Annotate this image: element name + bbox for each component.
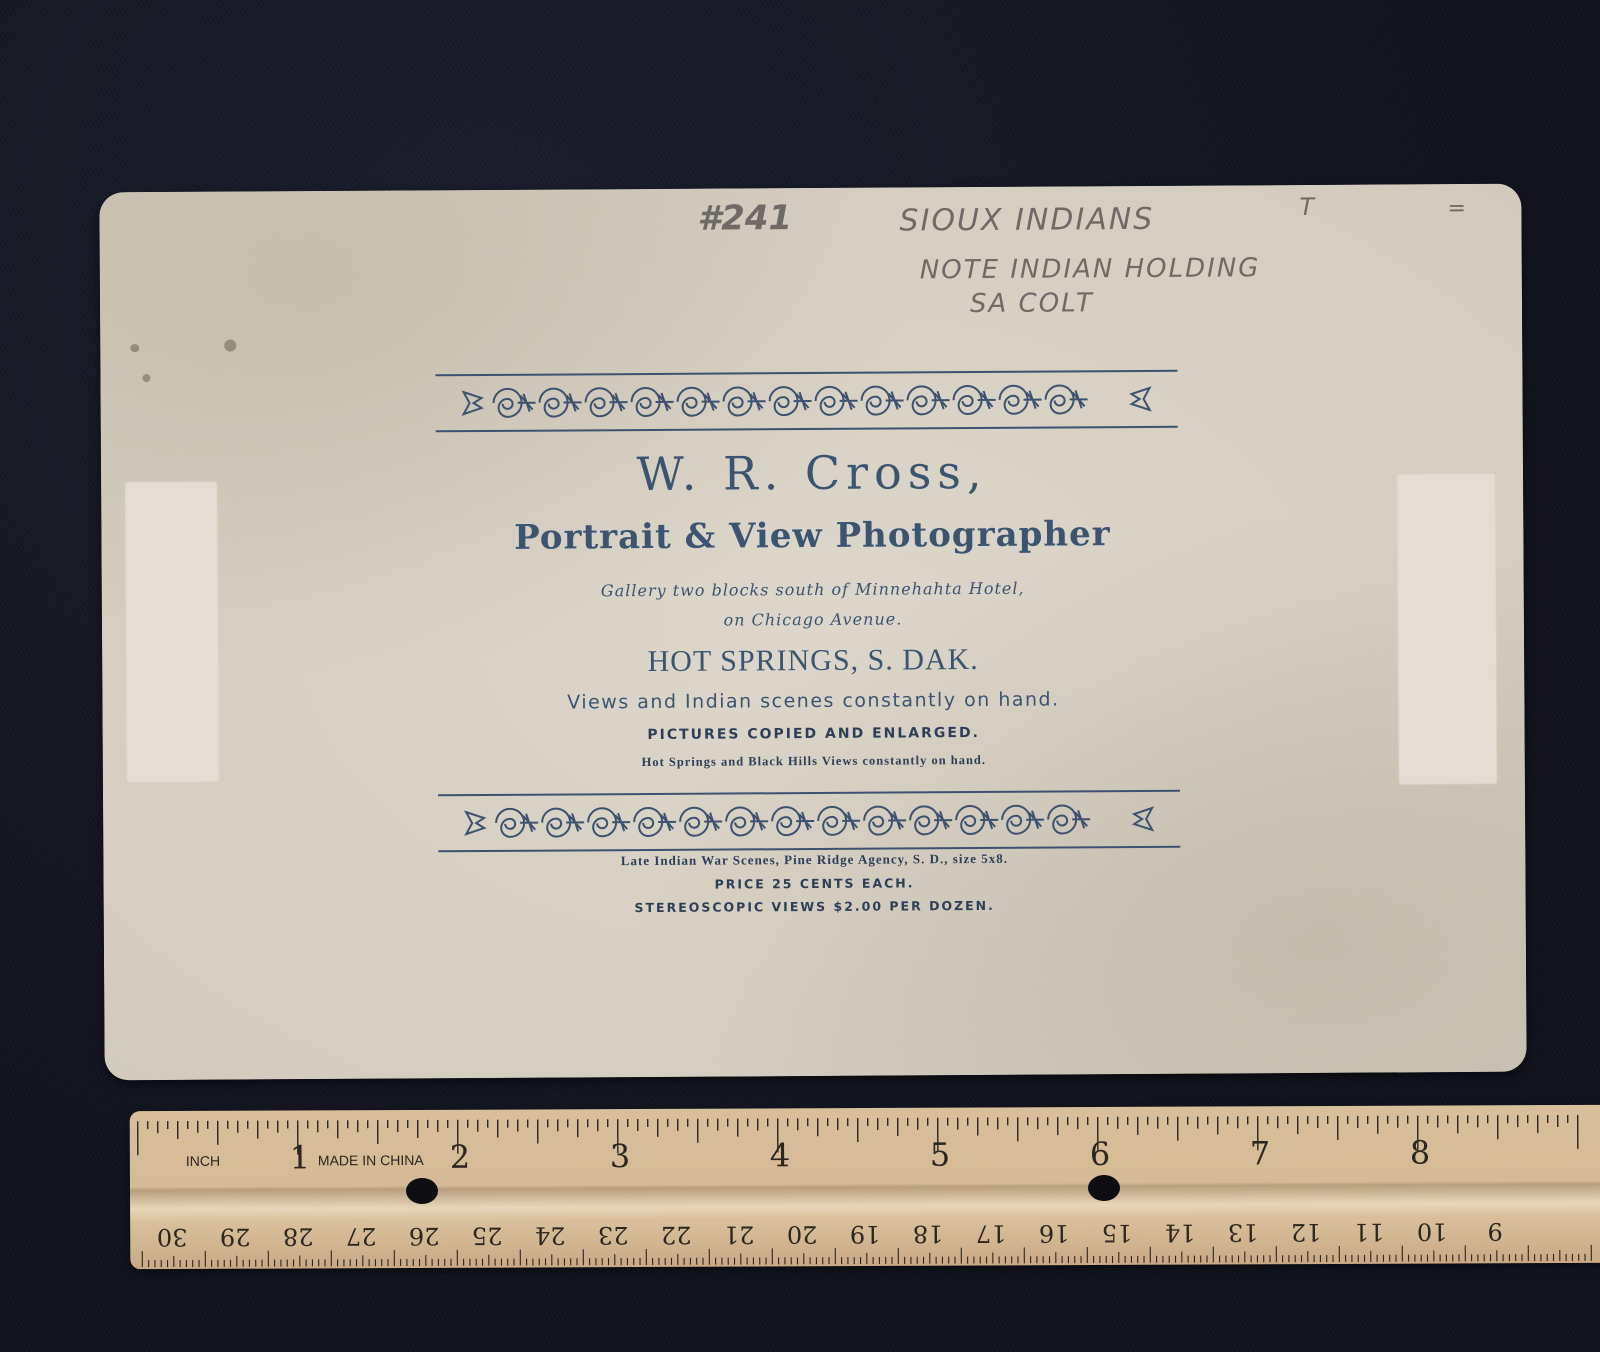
pencil-note-line2: NOTE INDIAN HOLDING (920, 253, 1261, 285)
address-line-1: Gallery two blocks south of Minnehahta H… (102, 576, 1524, 604)
black-hills-line: Hot Springs and Black Hills Views consta… (103, 750, 1525, 774)
border-rule (436, 426, 1178, 433)
scroll-ornament-icon (459, 380, 1153, 422)
scroll-ornament-icon (462, 800, 1156, 842)
svg-text:12: 12 (1291, 1218, 1322, 1246)
svg-text:25: 25 (472, 1222, 503, 1250)
svg-text:18: 18 (913, 1220, 944, 1248)
address-line-2: on Chicago Avenue. (102, 606, 1524, 634)
ruler-scale: 1234567830292827262524232221201918171615… (130, 1105, 1600, 1269)
pencil-note-line3: SA COLT (970, 288, 1094, 319)
ruler-unit-label: INCH (186, 1153, 220, 1169)
cabinet-card-back: #241 SIOUX INDIANS NOTE INDIAN HOLDING S… (99, 184, 1526, 1081)
svg-text:8: 8 (1410, 1134, 1431, 1172)
war-scenes-line: Late Indian War Scenes, Pine Ridge Agenc… (103, 848, 1525, 873)
stain-spot (224, 340, 236, 352)
city-line: HOT SPRINGS, S. DAK. (102, 640, 1524, 683)
svg-text:23: 23 (598, 1221, 629, 1249)
svg-text:24: 24 (535, 1221, 566, 1249)
svg-text:3: 3 (610, 1137, 631, 1175)
svg-text:2: 2 (450, 1138, 471, 1176)
svg-text:16: 16 (1039, 1219, 1070, 1247)
svg-text:30: 30 (157, 1223, 188, 1251)
svg-text:4: 4 (770, 1136, 791, 1174)
stain-spot (142, 374, 150, 382)
svg-text:1: 1 (290, 1138, 311, 1176)
stain-spot (130, 344, 139, 352)
svg-text:29: 29 (220, 1223, 251, 1251)
svg-text:19: 19 (850, 1220, 881, 1248)
svg-text:15: 15 (1102, 1219, 1133, 1247)
svg-text:21: 21 (724, 1221, 755, 1249)
pencil-small-mark: T (1299, 193, 1316, 221)
svg-text:10: 10 (1417, 1217, 1448, 1245)
svg-text:22: 22 (661, 1221, 692, 1249)
stereo-views-line: STEREOSCOPIC VIEWS $2.00 PER DOZEN. (104, 895, 1526, 919)
views-line: Views and Indian scenes constantly on ha… (102, 686, 1524, 717)
svg-text:20: 20 (787, 1220, 818, 1248)
ruler-hole (1088, 1175, 1120, 1201)
svg-text:28: 28 (283, 1222, 314, 1250)
pencil-note-line1: SIOUX INDIANS (899, 202, 1154, 239)
svg-text:11: 11 (1354, 1218, 1385, 1246)
svg-text:5: 5 (930, 1136, 951, 1174)
ornamental-border-top (435, 370, 1177, 433)
pencil-catalog-number: #241 (697, 198, 792, 239)
svg-text:13: 13 (1228, 1218, 1259, 1246)
svg-text:17: 17 (976, 1219, 1007, 1247)
ruler-hole (406, 1178, 438, 1204)
copied-line: PICTURES COPIED AND ENLARGED. (103, 722, 1525, 747)
border-rule (435, 370, 1177, 377)
svg-text:7: 7 (1250, 1134, 1271, 1172)
svg-text:27: 27 (346, 1222, 377, 1250)
price-line: PRICE 25 CENTS EACH. (104, 872, 1526, 896)
border-rule (438, 790, 1180, 797)
ruler-maker-label: MADE IN CHINA (318, 1152, 424, 1168)
svg-text:14: 14 (1165, 1219, 1196, 1247)
photographer-title: Portrait & View Photographer (101, 512, 1523, 561)
wooden-ruler: 1234567830292827262524232221201918171615… (130, 1105, 1600, 1269)
svg-text:6: 6 (1090, 1135, 1111, 1173)
svg-text:9: 9 (1487, 1217, 1502, 1245)
svg-text:26: 26 (409, 1222, 440, 1250)
ornamental-border-bottom (438, 790, 1180, 853)
pencil-corner-mark: = (1447, 196, 1468, 221)
photographer-name: W. R. Cross, (101, 442, 1523, 505)
